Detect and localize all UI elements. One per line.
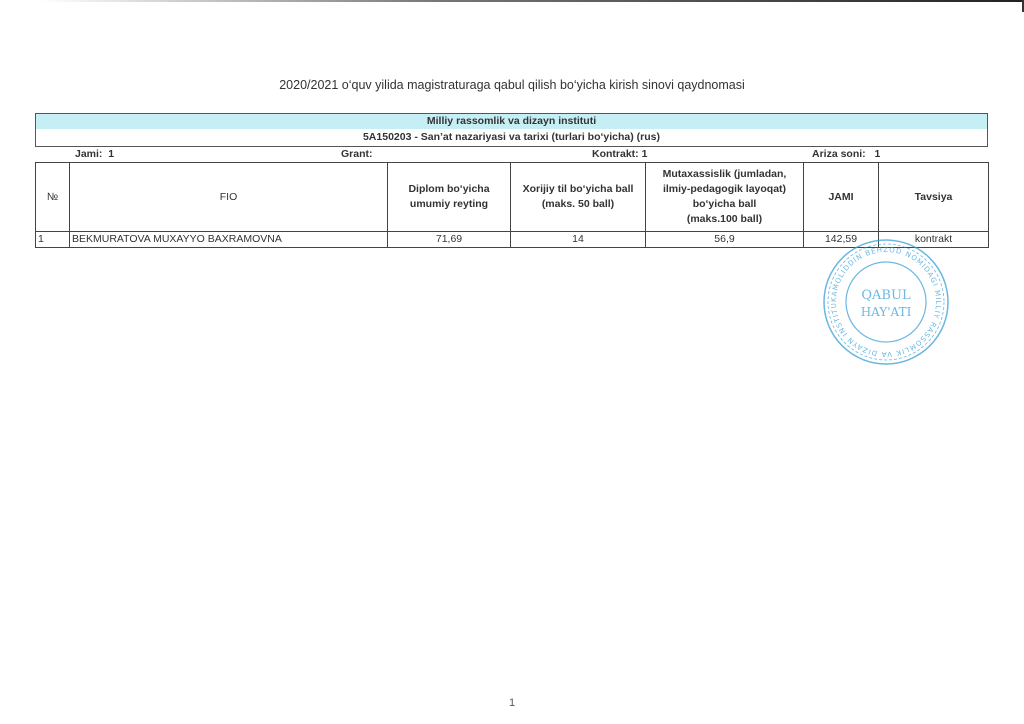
official-stamp-icon: KAMOLIDDIN BEHZOD NOMIDAGI MILLIY RASSOM… [818,238,954,366]
col-header-tavsiya: Tavsiya [879,163,989,232]
col-header-jami: JAMI [804,163,879,232]
summary-ariza: Ariza soni: 1 [812,148,880,160]
summary-ariza-value: 1 [874,148,880,160]
scan-edge [40,0,1024,2]
col-header-diplom-line: umumiy reyting [390,197,508,212]
stamp-center-line: QABUL [861,288,911,303]
stamp-center-line: HAY'ATI [861,305,912,319]
results-table: № FIO Diplom bo‘yicha umumiy reyting Xor… [35,162,989,248]
program-header: 5A150203 - San’at nazariyasi va tarixi (… [35,129,988,147]
summary-grant: Grant: [341,148,373,160]
document-title: 2020/2021 o‘quv yilida magistraturaga qa… [0,78,1024,92]
col-header-diplom: Diplom bo‘yicha umumiy reyting [388,163,511,232]
table-header-row: № FIO Diplom bo‘yicha umumiy reyting Xor… [36,163,989,232]
col-header-diplom-line: Diplom bo‘yicha [390,182,508,197]
cell-no: 1 [36,232,70,248]
col-header-fio: FIO [70,163,388,232]
col-header-xorijiy-line: Xorijiy til bo‘yicha ball [513,182,643,197]
page-number: 1 [0,697,1024,709]
summary-kontrakt-label: Kontrakt: [592,148,639,160]
summary-grant-label: Grant: [341,148,373,160]
summary-jami-label: Jami: [75,148,102,160]
cell-diplom: 71,69 [388,232,511,248]
col-header-mutax-line: ilmiy-pedagogik layoqat) [648,182,801,197]
cell-xorijiy: 14 [511,232,646,248]
col-header-mutax-line: bo‘yicha ball [648,197,801,212]
cell-mutaxassislik: 56,9 [646,232,804,248]
cell-fio: BEKMURATOVA MUXAYYO BAXRAMOVNA [70,232,388,248]
col-header-mutax-line: Mutaxassislik (jumladan, [648,167,801,182]
institute-header: Milliy rassomlik va dizayn instituti [35,113,988,130]
col-header-mutaxassislik: Mutaxassislik (jumladan, ilmiy-pedagogik… [646,163,804,232]
col-header-xorijiy: Xorijiy til bo‘yicha ball (maks. 50 ball… [511,163,646,232]
summary-ariza-label: Ariza soni: [812,148,866,160]
summary-kontrakt: Kontrakt: 1 [592,148,647,160]
summary-jami: Jami: 1 [75,148,114,160]
col-header-xorijiy-line: (maks. 50 ball) [513,197,643,212]
summary-kontrakt-value: 1 [642,148,648,160]
col-header-no: № [36,163,70,232]
summary-jami-value: 1 [108,148,114,160]
col-header-mutax-line: (maks.100 ball) [648,212,801,227]
